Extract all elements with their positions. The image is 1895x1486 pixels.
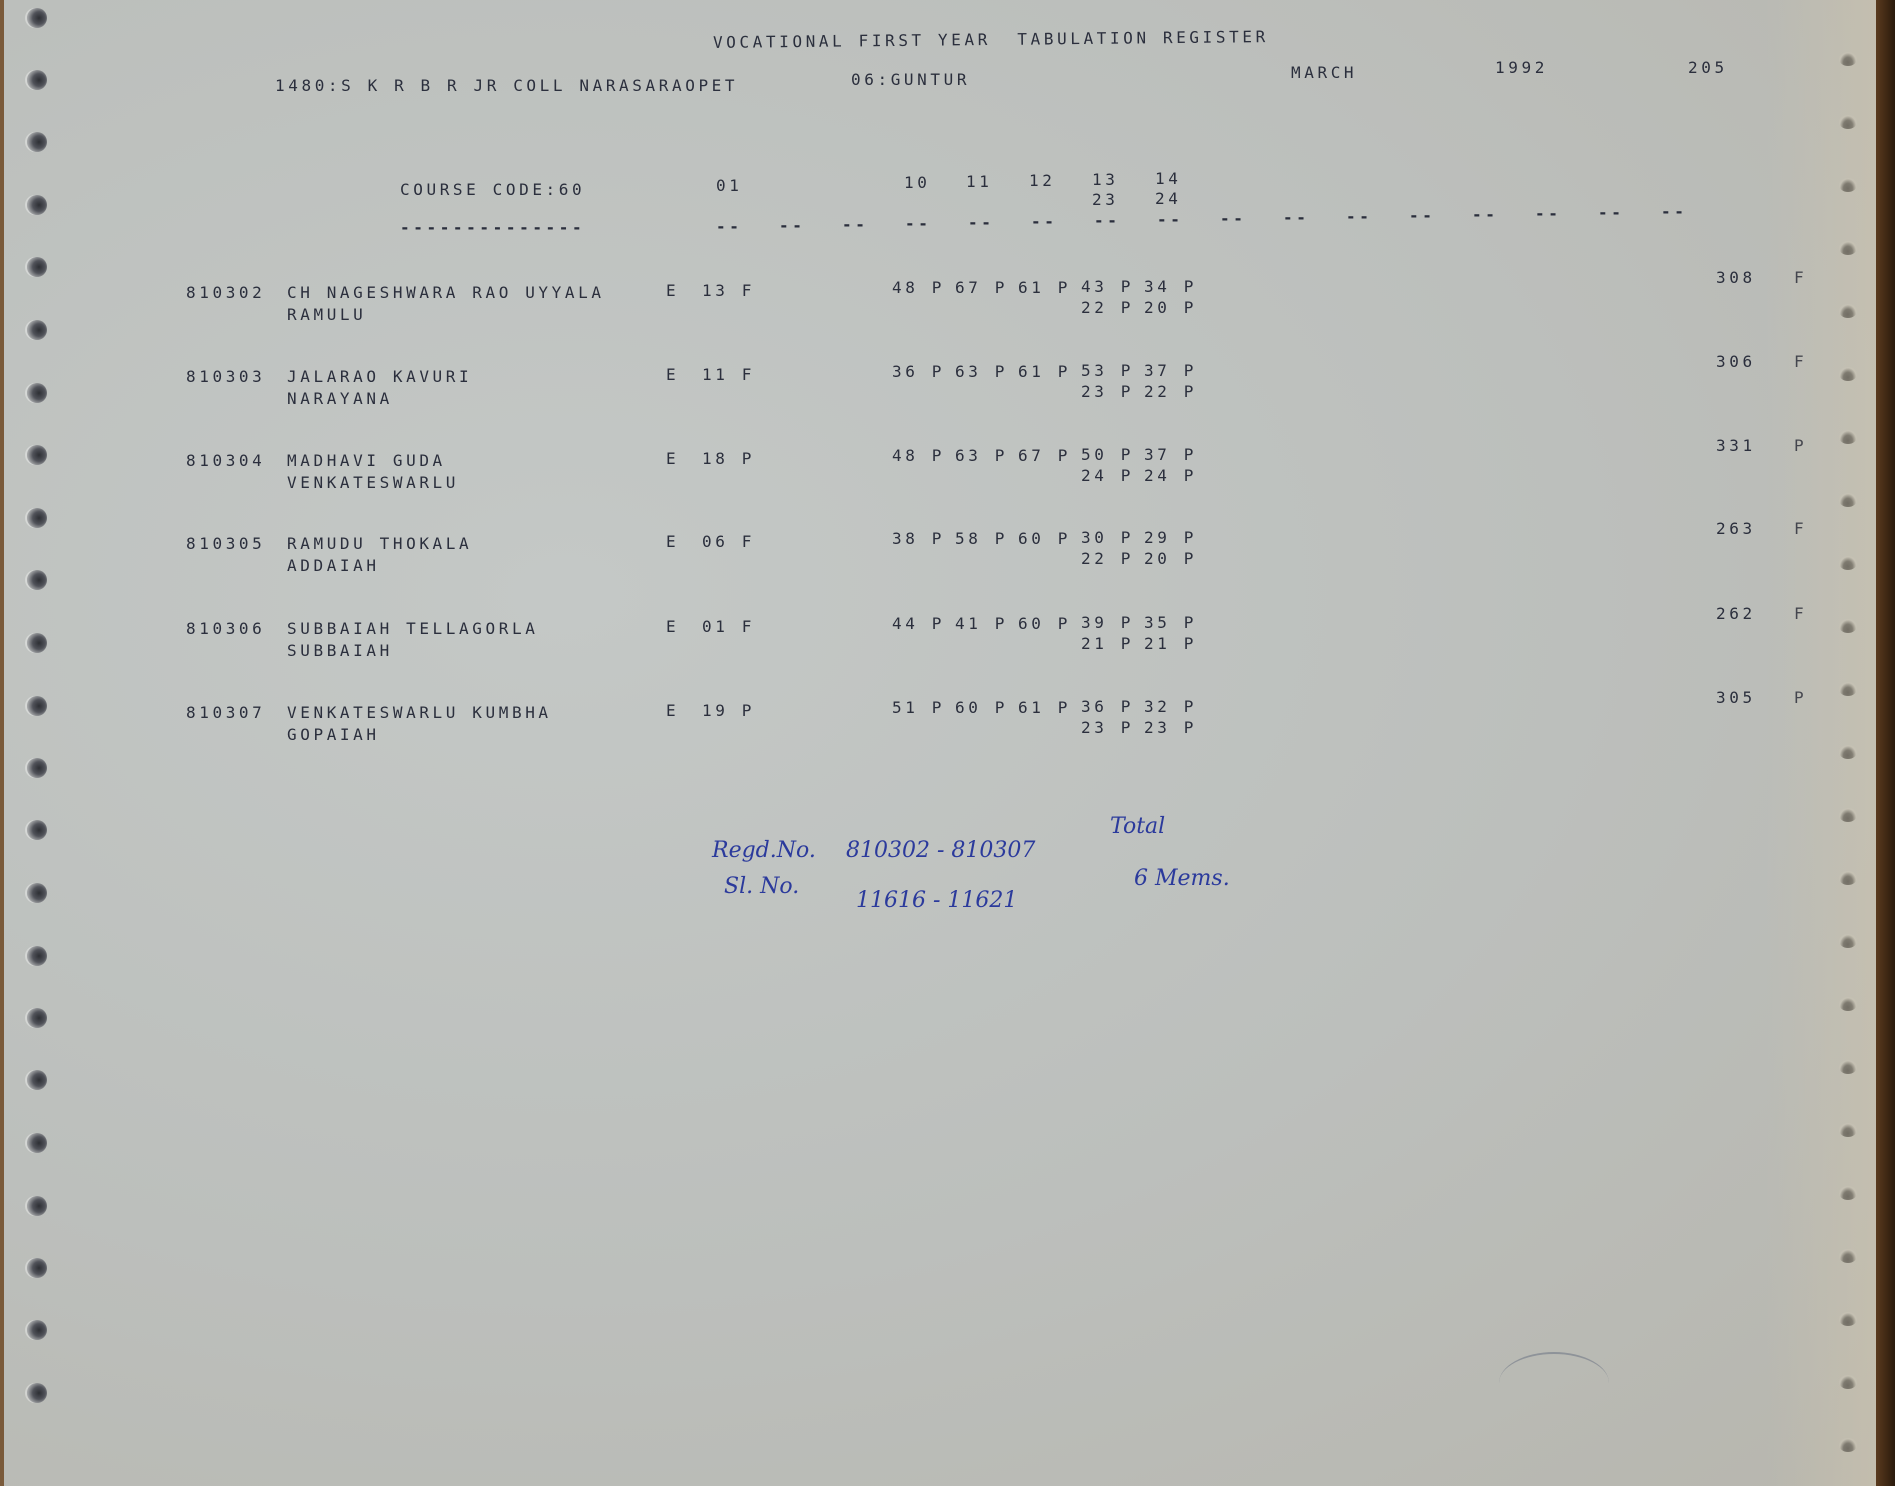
result-status: P (1794, 436, 1807, 456)
marks-24: 20 P (1144, 549, 1197, 569)
feed-hole-icon (27, 1196, 47, 1216)
student-record-810306: 810306 SUBBAIAH TELLAGORLA SUBBAIAH E 01… (4, 616, 1876, 666)
marks-11: 60 P (955, 698, 1008, 718)
feed-hole-icon (1839, 430, 1857, 444)
feed-hole-icon (27, 758, 47, 778)
col-code-13: 13 (1092, 170, 1118, 190)
exam-month: MARCH (1291, 63, 1357, 83)
feed-hole-icon (27, 1133, 47, 1153)
student-name: MADHAVI GUDA (287, 451, 446, 471)
feed-hole-icon (27, 8, 47, 28)
marks-10: 44 P (892, 614, 945, 634)
marks-14: 34 P (1144, 277, 1197, 297)
father-name: VENKATESWARLU (287, 473, 459, 493)
father-name: NARAYANA (287, 389, 393, 409)
dash-separator: -- (779, 216, 805, 235)
dash-separator: -- (842, 215, 868, 234)
total-marks: 305 (1716, 688, 1756, 708)
marks-24: 22 P (1144, 382, 1197, 402)
col-code-10: 10 (904, 173, 930, 193)
marks-12: 60 P (1018, 614, 1071, 634)
marks-01: 18 P (702, 449, 755, 469)
marks-01: 13 F (702, 281, 755, 301)
feed-hole-icon (1839, 1375, 1857, 1389)
marks-12: 67 P (1018, 446, 1071, 466)
marks-14: 35 P (1144, 613, 1197, 633)
dash-separator: -- (905, 214, 931, 233)
father-name: RAMULU (287, 305, 366, 325)
language-medium: E (666, 281, 679, 301)
marks-12: 61 P (1018, 698, 1071, 718)
marks-11: 63 P (955, 362, 1008, 382)
marks-14: 37 P (1144, 361, 1197, 381)
marks-13: 50 P (1081, 445, 1134, 465)
marks-12: 61 P (1018, 278, 1071, 298)
dash-separator: -- (968, 213, 994, 232)
marks-23: 22 P (1081, 298, 1134, 318)
marks-12: 60 P (1018, 529, 1071, 549)
student-record-810303: 810303 JALARAO KAVURI NARAYANA E 11 F 36… (4, 364, 1876, 414)
col-code-11: 11 (966, 172, 992, 192)
language-medium: E (666, 532, 679, 552)
marks-13: 39 P (1081, 613, 1134, 633)
student-record-810302: 810302 CH NAGESHWARA RAO UYYALA RAMULU E… (4, 280, 1876, 330)
marks-11: 41 P (955, 614, 1008, 634)
feed-hole-icon (1839, 808, 1857, 822)
result-status: F (1794, 519, 1807, 539)
feed-hole-icon (1839, 241, 1857, 255)
marks-13: 36 P (1081, 697, 1134, 717)
total-marks: 306 (1716, 352, 1756, 372)
pencil-mark (1499, 1352, 1609, 1414)
handwritten-total-label: Total (1110, 814, 1165, 839)
feed-hole-icon (1839, 115, 1857, 129)
student-record-810307: 810307 VENKATESWARLU KUMBHA GOPAIAH E 19… (4, 700, 1876, 750)
col-code-23: 23 (1092, 190, 1118, 210)
marks-11: 58 P (955, 529, 1008, 549)
marks-10: 48 P (892, 278, 945, 298)
marks-23: 21 P (1081, 634, 1134, 654)
col-code-24: 24 (1155, 189, 1181, 209)
marks-24: 23 P (1144, 718, 1197, 738)
dash-separator: -- (1598, 203, 1624, 222)
result-status: F (1794, 604, 1807, 624)
marks-10: 36 P (892, 362, 945, 382)
dash-separator: -- (1031, 212, 1057, 231)
handwritten-regd-label: Regd.No. (712, 838, 816, 863)
feed-hole-icon (27, 257, 47, 277)
student-name: SUBBAIAH TELLAGORLA (287, 619, 538, 639)
dash-separator: -- (1220, 209, 1246, 228)
total-marks: 262 (1716, 604, 1756, 624)
handwritten-sl-label: Sl. No. (724, 874, 799, 899)
register-title: VOCATIONAL FIRST YEAR TABULATION REGISTE… (713, 27, 1269, 53)
marks-23: 23 P (1081, 718, 1134, 738)
reg-number: 810302 (186, 283, 265, 303)
marks-24: 20 P (1144, 298, 1197, 318)
feed-hole-icon (27, 1008, 47, 1028)
feed-hole-icon (1839, 871, 1857, 885)
handwritten-total-value: 6 Mems. (1134, 866, 1230, 891)
handwritten-sl-range: 11616 - 11621 (856, 888, 1017, 913)
student-name: CH NAGESHWARA RAO UYYALA (287, 283, 605, 303)
marks-13: 30 P (1081, 528, 1134, 548)
feed-hole-icon (27, 883, 47, 903)
result-status: F (1794, 352, 1807, 372)
marks-24: 24 P (1144, 466, 1197, 486)
feed-hole-icon (27, 195, 47, 215)
tabulation-register-page: VOCATIONAL FIRST YEAR TABULATION REGISTE… (4, 0, 1876, 1486)
dash-separator: -- (1409, 206, 1435, 225)
course-code-underline: -------------- (400, 218, 585, 237)
marks-24: 21 P (1144, 634, 1197, 654)
total-marks: 331 (1716, 436, 1756, 456)
marks-23: 23 P (1081, 382, 1134, 402)
feed-hole-icon (1839, 1312, 1857, 1326)
exam-year: 1992 (1495, 58, 1548, 78)
marks-13: 53 P (1081, 361, 1134, 381)
marks-01: 06 F (702, 532, 755, 552)
marks-14: 37 P (1144, 445, 1197, 465)
feed-hole-icon (27, 508, 47, 528)
marks-11: 63 P (955, 446, 1008, 466)
marks-11: 67 P (955, 278, 1008, 298)
dash-separator: -- (1535, 204, 1561, 223)
father-name: ADDAIAH (287, 556, 380, 576)
feed-hole-icon (1839, 1438, 1857, 1452)
marks-10: 51 P (892, 698, 945, 718)
total-marks: 308 (1716, 268, 1756, 288)
student-record-810305: 810305 RAMUDU THOKALA ADDAIAH E 06 F 38 … (4, 531, 1876, 581)
feed-hole-icon (27, 132, 47, 152)
marks-01: 11 F (702, 365, 755, 385)
dash-separator: -- (1472, 205, 1498, 224)
feed-hole-icon (1839, 1060, 1857, 1074)
student-name: JALARAO KAVURI (287, 367, 472, 387)
page-number: 205 (1688, 58, 1728, 78)
feed-hole-icon (1839, 682, 1857, 696)
father-name: GOPAIAH (287, 725, 380, 745)
result-status: F (1794, 268, 1807, 288)
handwritten-regd-range: 810302 - 810307 (846, 838, 1035, 863)
feed-hole-icon (1839, 934, 1857, 948)
feed-hole-icon (1839, 1249, 1857, 1263)
marks-13: 43 P (1081, 277, 1134, 297)
marks-10: 38 P (892, 529, 945, 549)
marks-14: 32 P (1144, 697, 1197, 717)
total-marks: 263 (1716, 519, 1756, 539)
marks-10: 48 P (892, 446, 945, 466)
feed-hole-icon (27, 946, 47, 966)
dash-separator: -- (716, 217, 742, 236)
father-name: SUBBAIAH (287, 641, 393, 661)
feed-hole-icon (27, 1258, 47, 1278)
marks-12: 61 P (1018, 362, 1071, 382)
reg-number: 810304 (186, 451, 265, 471)
district-name: 06:GUNTUR (851, 70, 970, 90)
marks-14: 29 P (1144, 528, 1197, 548)
course-code: COURSE CODE:60 (400, 180, 585, 200)
col-code-12: 12 (1029, 171, 1055, 191)
student-name: RAMUDU THOKALA (287, 534, 472, 554)
language-medium: E (666, 701, 679, 721)
dash-separator: -- (1661, 202, 1687, 221)
marks-23: 22 P (1081, 549, 1134, 569)
binder-edge (1876, 0, 1895, 1486)
reg-number: 810306 (186, 619, 265, 639)
dash-separator: -- (1283, 208, 1309, 227)
feed-hole-icon (1839, 1186, 1857, 1200)
feed-hole-icon (1839, 997, 1857, 1011)
feed-hole-icon (27, 820, 47, 840)
dash-separator: -- (1094, 211, 1120, 230)
col-code-14: 14 (1155, 169, 1181, 189)
reg-number: 810303 (186, 367, 265, 387)
feed-hole-icon (27, 1070, 47, 1090)
language-medium: E (666, 617, 679, 637)
feed-hole-icon (27, 70, 47, 90)
result-status: P (1794, 688, 1807, 708)
student-record-810304: 810304 MADHAVI GUDA VENKATESWARLU E 18 P… (4, 448, 1876, 498)
marks-01: 19 P (702, 701, 755, 721)
feed-hole-icon (1839, 52, 1857, 66)
feed-hole-icon (1839, 1123, 1857, 1137)
reg-number: 810305 (186, 534, 265, 554)
language-medium: E (666, 449, 679, 469)
marks-01: 01 F (702, 617, 755, 637)
feed-hole-icon (27, 1320, 47, 1340)
feed-hole-icon (27, 1383, 47, 1403)
student-name: VENKATESWARLU KUMBHA (287, 703, 552, 723)
col-code-01: 01 (716, 176, 742, 196)
feed-hole-icon (1839, 178, 1857, 192)
dash-separator: -- (1346, 207, 1372, 226)
language-medium: E (666, 365, 679, 385)
reg-number: 810307 (186, 703, 265, 723)
dash-separator: -- (1157, 210, 1183, 229)
college-name: 1480:S K R B R JR COLL NARASARAOPET (275, 76, 738, 96)
marks-23: 24 P (1081, 466, 1134, 486)
